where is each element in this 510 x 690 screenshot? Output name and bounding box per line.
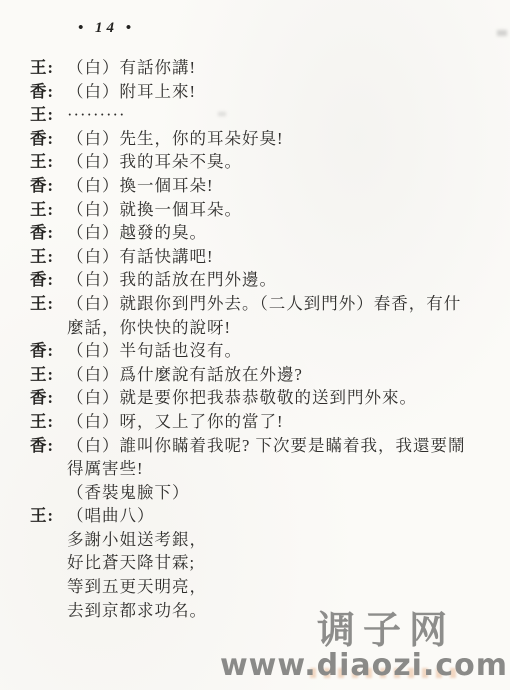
script-line: 王:（白）有話快講吧! — [0, 245, 510, 269]
watermark-artifact — [310, 668, 460, 678]
page-number: • 14 • — [78, 20, 135, 37]
line-text: 多謝小姐送考銀， — [67, 528, 207, 552]
script-line: 香:（白）我的話放在門外邊。 — [0, 268, 510, 292]
line-text: （白）換一個耳朵! — [67, 174, 214, 198]
script-line: 香:（白）附耳上來! — [0, 80, 510, 104]
speaker-label: 香: — [30, 268, 67, 292]
speaker-label: 香: — [30, 339, 67, 363]
script-line: 王:········· — [0, 103, 510, 127]
line-text: （白）附耳上來! — [67, 80, 196, 104]
line-text: （白）越發的臭。 — [67, 221, 207, 245]
line-text: （白）我的耳朵不臭。 — [67, 150, 242, 174]
script-line: 多謝小姐送考銀， — [0, 528, 510, 552]
line-text: （白）有話你講! — [67, 56, 196, 80]
line-text: （白）呀，又上了你的當了! — [67, 410, 284, 434]
line-text: 得厲害些! — [67, 457, 144, 481]
script-line: 香:（白）換一個耳朵! — [0, 174, 510, 198]
script-line: 王:（白）有話你講! — [0, 56, 510, 80]
line-text: （白）半句話也沒有。 — [67, 339, 242, 363]
speaker-label: 香: — [30, 174, 67, 198]
script-line: 王:（白）就跟你到門外去。（二人到門外）春香，有什 — [0, 292, 510, 316]
script-line: 去到京都求功名。 — [0, 599, 510, 623]
speaker-label: 王: — [30, 410, 67, 434]
line-text: 麼話，你快快的說呀! — [67, 316, 231, 340]
speaker-label: 王: — [30, 363, 67, 387]
speaker-label: 王: — [30, 245, 67, 269]
line-text: （白）有話快講吧! — [67, 245, 214, 269]
speaker-label: 王: — [30, 103, 67, 127]
speaker-label: 香: — [30, 434, 67, 458]
speaker-label: 香: — [30, 127, 67, 151]
script-line: （香裝鬼臉下） — [0, 481, 510, 505]
line-text: （白）先生，你的耳朵好臭! — [67, 127, 284, 151]
scan-smudge — [497, 30, 507, 36]
line-text: ········· — [67, 103, 125, 127]
script-line: 香:（白）越發的臭。 — [0, 221, 510, 245]
speaker-label: 王: — [30, 198, 67, 222]
script-body: 王:（白）有話你講!香:（白）附耳上來!王:·········香:（白）先生，你… — [0, 56, 510, 622]
speaker-label: 香: — [30, 386, 67, 410]
line-text: （白）就換一個耳朵。 — [67, 198, 242, 222]
script-line: 得厲害些! — [0, 457, 510, 481]
speaker-label: 香: — [30, 221, 67, 245]
speaker-label: 王: — [30, 292, 67, 316]
line-text: 等到五更天明亮， — [67, 575, 207, 599]
script-line: 香:（白）就是要你把我恭恭敬敬的送到門外來。 — [0, 386, 510, 410]
script-line: 香:（白）誰叫你瞞着我呢? 下次要是瞞着我，我還要鬧 — [0, 434, 510, 458]
line-text: 去到京都求功名。 — [67, 599, 207, 623]
script-line: 麼話，你快快的說呀! — [0, 316, 510, 340]
script-line: 香:（白）半句話也沒有。 — [0, 339, 510, 363]
line-text: （白）我的話放在門外邊。 — [67, 268, 277, 292]
line-text: （白）就是要你把我恭恭敬敬的送到門外來。 — [67, 386, 417, 410]
script-line: 王:（唱曲八） — [0, 504, 510, 528]
speaker-label: 香: — [30, 80, 67, 104]
script-line: 等到五更天明亮， — [0, 575, 510, 599]
speaker-label: 王: — [30, 56, 67, 80]
line-text: （白）爲什麼說有話放在外邊? — [67, 363, 303, 387]
script-line: 王:（白）我的耳朵不臭。 — [0, 150, 510, 174]
script-line: 王:（白）爲什麼說有話放在外邊? — [0, 363, 510, 387]
scanned-script-page: • 14 • 王:（白）有話你講!香:（白）附耳上來!王:·········香:… — [0, 0, 510, 690]
script-line: 王:（白）就換一個耳朵。 — [0, 198, 510, 222]
script-line: 好比蒼天降甘霖; — [0, 551, 510, 575]
speaker-label: 王: — [30, 150, 67, 174]
script-line: 香:（白）先生，你的耳朵好臭! — [0, 127, 510, 151]
line-text: （唱曲八） — [67, 504, 155, 528]
script-line: 王:（白）呀，又上了你的當了! — [0, 410, 510, 434]
line-text: 好比蒼天降甘霖; — [67, 551, 195, 575]
line-text: （香裝鬼臉下） — [67, 481, 190, 505]
line-text: （白）誰叫你瞞着我呢? 下次要是瞞着我，我還要鬧 — [67, 434, 465, 458]
speaker-label: 王: — [30, 504, 67, 528]
line-text: （白）就跟你到門外去。（二人到門外）春香，有什 — [67, 292, 461, 316]
